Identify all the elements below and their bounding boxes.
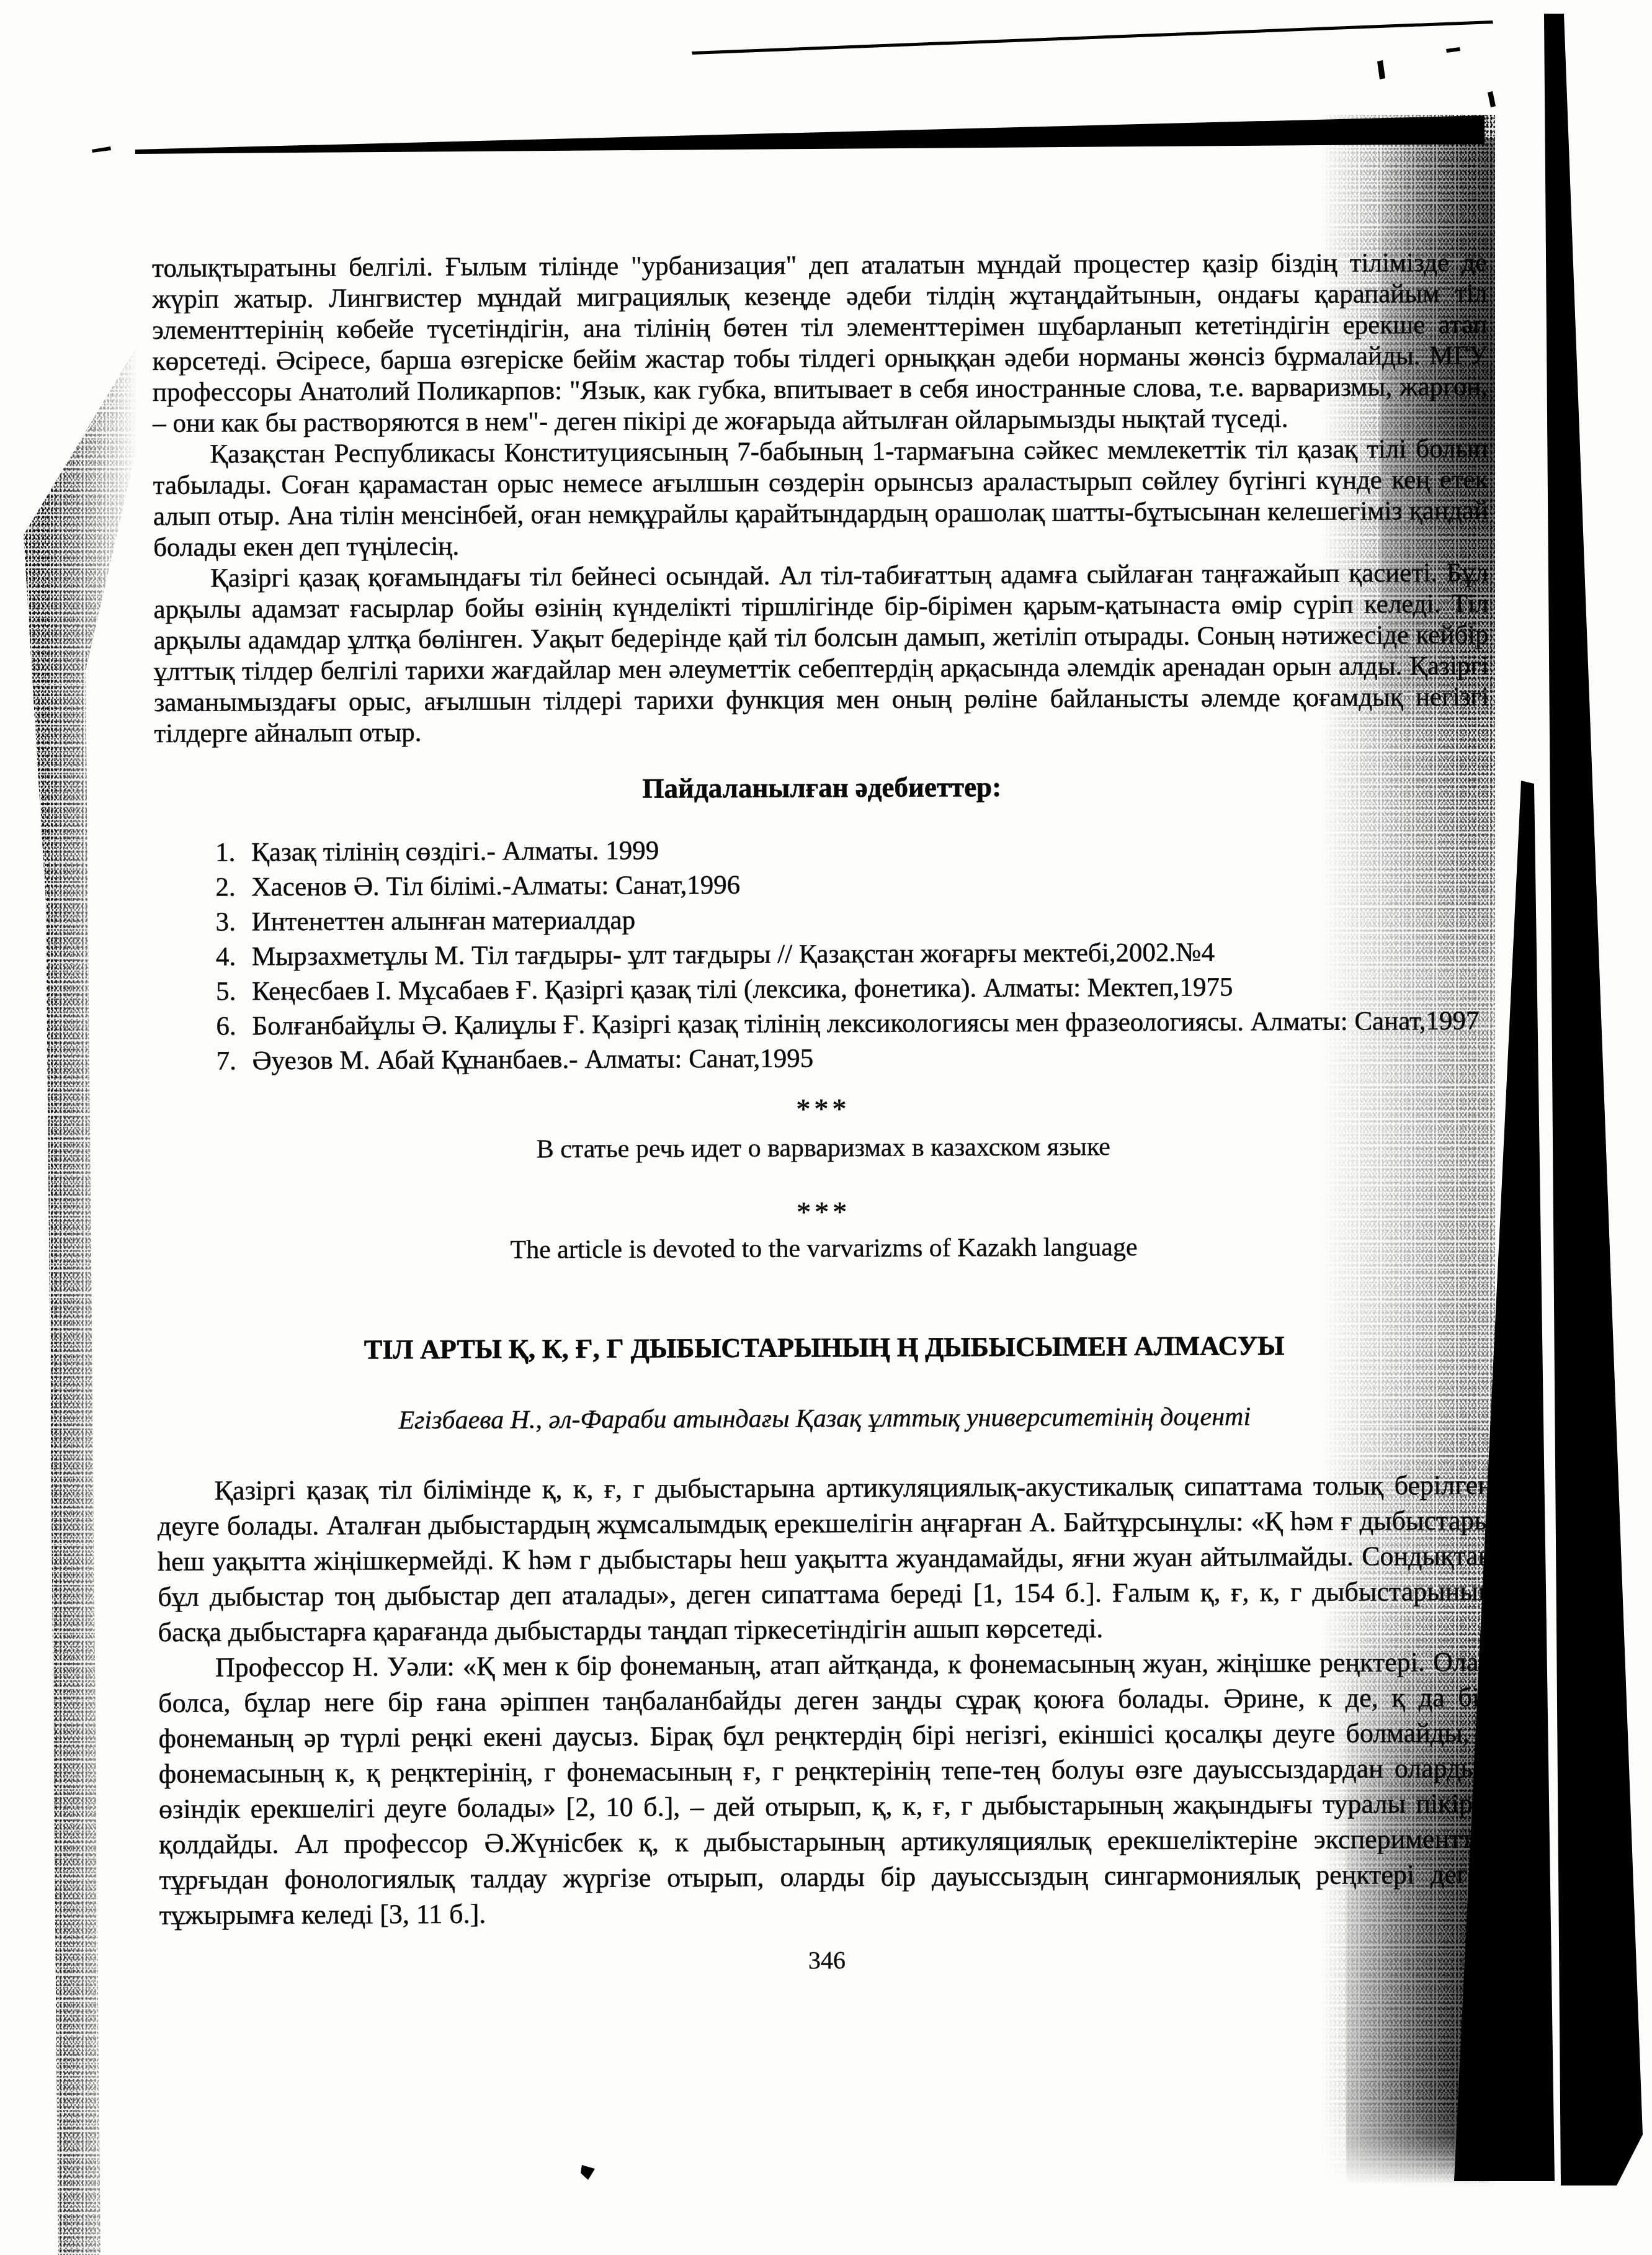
scan-artifacts [0,0,1652,2255]
scanned-page: толықтыратыны белгілі. Ғылым тілінде "ур… [0,0,1652,2255]
scan-black-marks [0,0,1652,2255]
